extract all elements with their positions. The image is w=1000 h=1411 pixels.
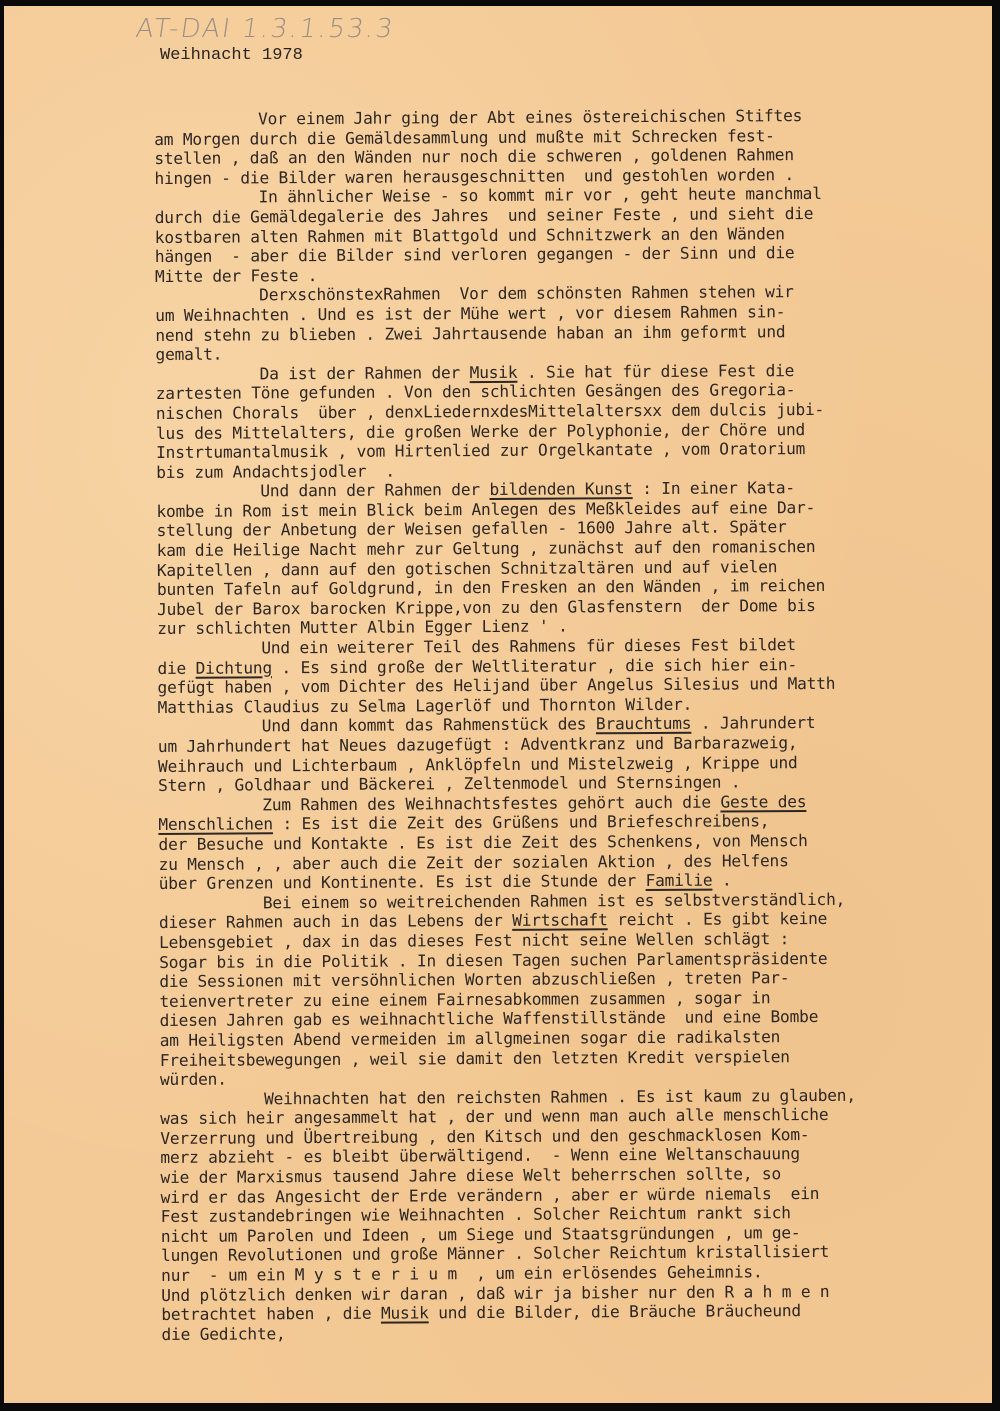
document-body: Vor einem Jahr ging der Abt eines östere…	[154, 105, 1000, 1345]
document-page: AT-DAI 1.3.1.53.3 Weihnacht 1978 Vor ein…	[4, 6, 992, 1403]
archive-annotation: AT-DAI 1.3.1.53.3	[134, 14, 396, 44]
document-title: Weihnacht 1978	[160, 46, 303, 65]
